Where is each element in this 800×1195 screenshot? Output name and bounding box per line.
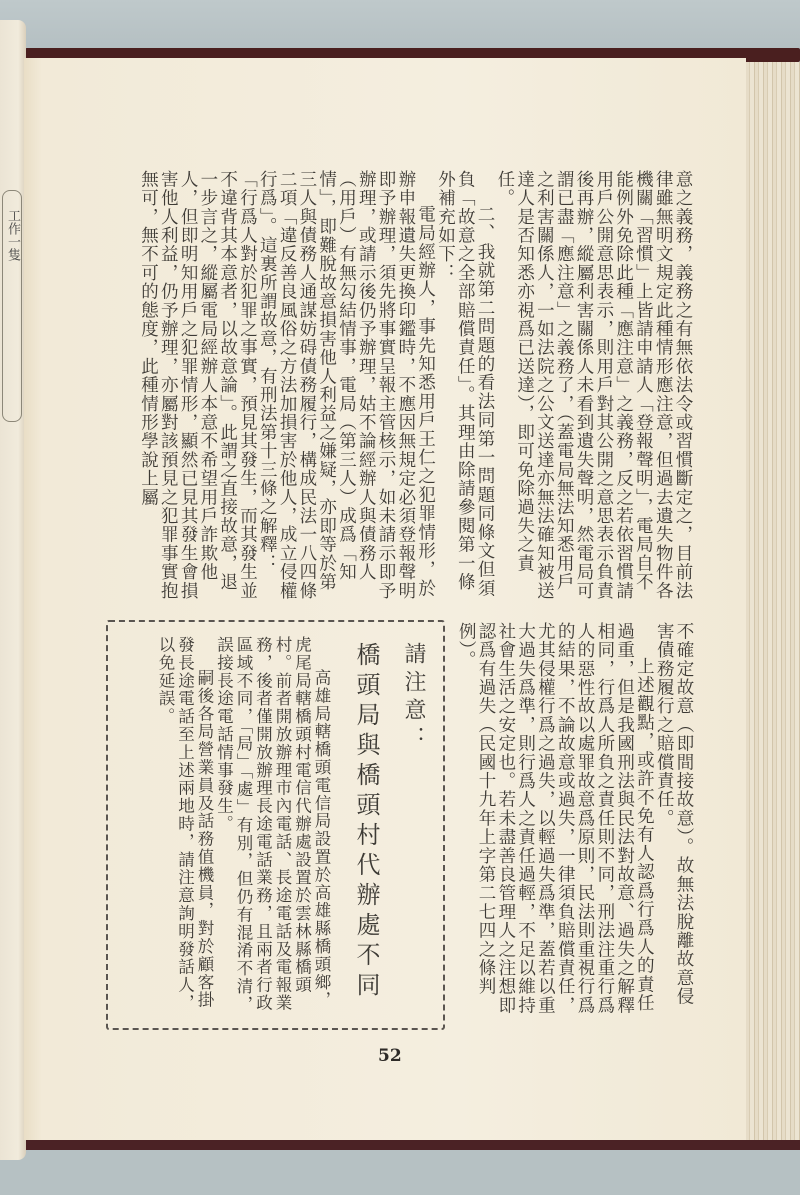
paragraph-continuation: 意之義務，義務之有無依法令或習慣斷定之，目前法律雖無明文規定此種情形應注意，但過… bbox=[494, 170, 692, 610]
facing-page-edge: 工作一隻 bbox=[0, 20, 26, 1160]
notice-paragraph: 高雄局轄橋頭電信局設置於高雄縣橋頭鄉，虎尾局轄橋頭村電信代辦處設置於雲林縣橋頭村… bbox=[214, 636, 331, 1016]
paragraph-indirect-intent: 不確定故意（即間接故意）。故無法脫離故意侵害債務履行之賠償責任。 bbox=[653, 622, 693, 1022]
page-number: 52 bbox=[378, 1046, 402, 1066]
notice-content: 請注意： 橋頭局與橋頭村代辦處不同 高雄局轄橋頭電信局設置於高雄縣橋頭鄉，虎尾局… bbox=[124, 636, 429, 1016]
background-top bbox=[0, 0, 800, 55]
notice-title: 橋頭局與橋頭村代辦處不同 bbox=[349, 642, 384, 1016]
facing-page-ornament: 工作一隻 bbox=[2, 190, 22, 422]
upper-text-block: 意之義務，義務之有無依法令或習慣斷定之，目前法律雖無明文規定此種情形應注意，但過… bbox=[82, 170, 692, 610]
facing-page-fragment-text: 工作一隻 bbox=[3, 209, 22, 261]
notice-heading: 請注意： bbox=[398, 642, 429, 1016]
page-stack-edges bbox=[746, 62, 800, 1140]
paragraph-second-question: 二、我就第二問題的看法同第一問題同條文但須負「故意之全部賠償責任」。其理由除請參… bbox=[435, 170, 494, 610]
lower-text-block: 不確定故意（即間接故意）。故無法脫離故意侵害債務履行之賠償責任。 上述觀點，或許… bbox=[455, 622, 693, 1022]
background-bottom bbox=[0, 1148, 800, 1195]
paragraph-liability-view: 上述觀點，或許不免有人認爲行爲人的責任過重，但是我國刑法與民法對故意、過失之解釋… bbox=[455, 622, 653, 1022]
notice-box: 請注意： 橋頭局與橋頭村代辦處不同 高雄局轄橋頭電信局設置於高雄縣橋頭鄉，虎尾局… bbox=[106, 620, 445, 1030]
paragraph-clerk-analysis: 電局經辦人，事先知悉用戶王仁之犯罪情形，於辦申報遺失更換印鑑時，不應因無規定必須… bbox=[138, 170, 435, 610]
notice-paragraph: 嗣後各局營業員及話務值機員，對於顧客掛發長途電話至上述兩地時，請注意詢明發話人，… bbox=[156, 636, 215, 1016]
